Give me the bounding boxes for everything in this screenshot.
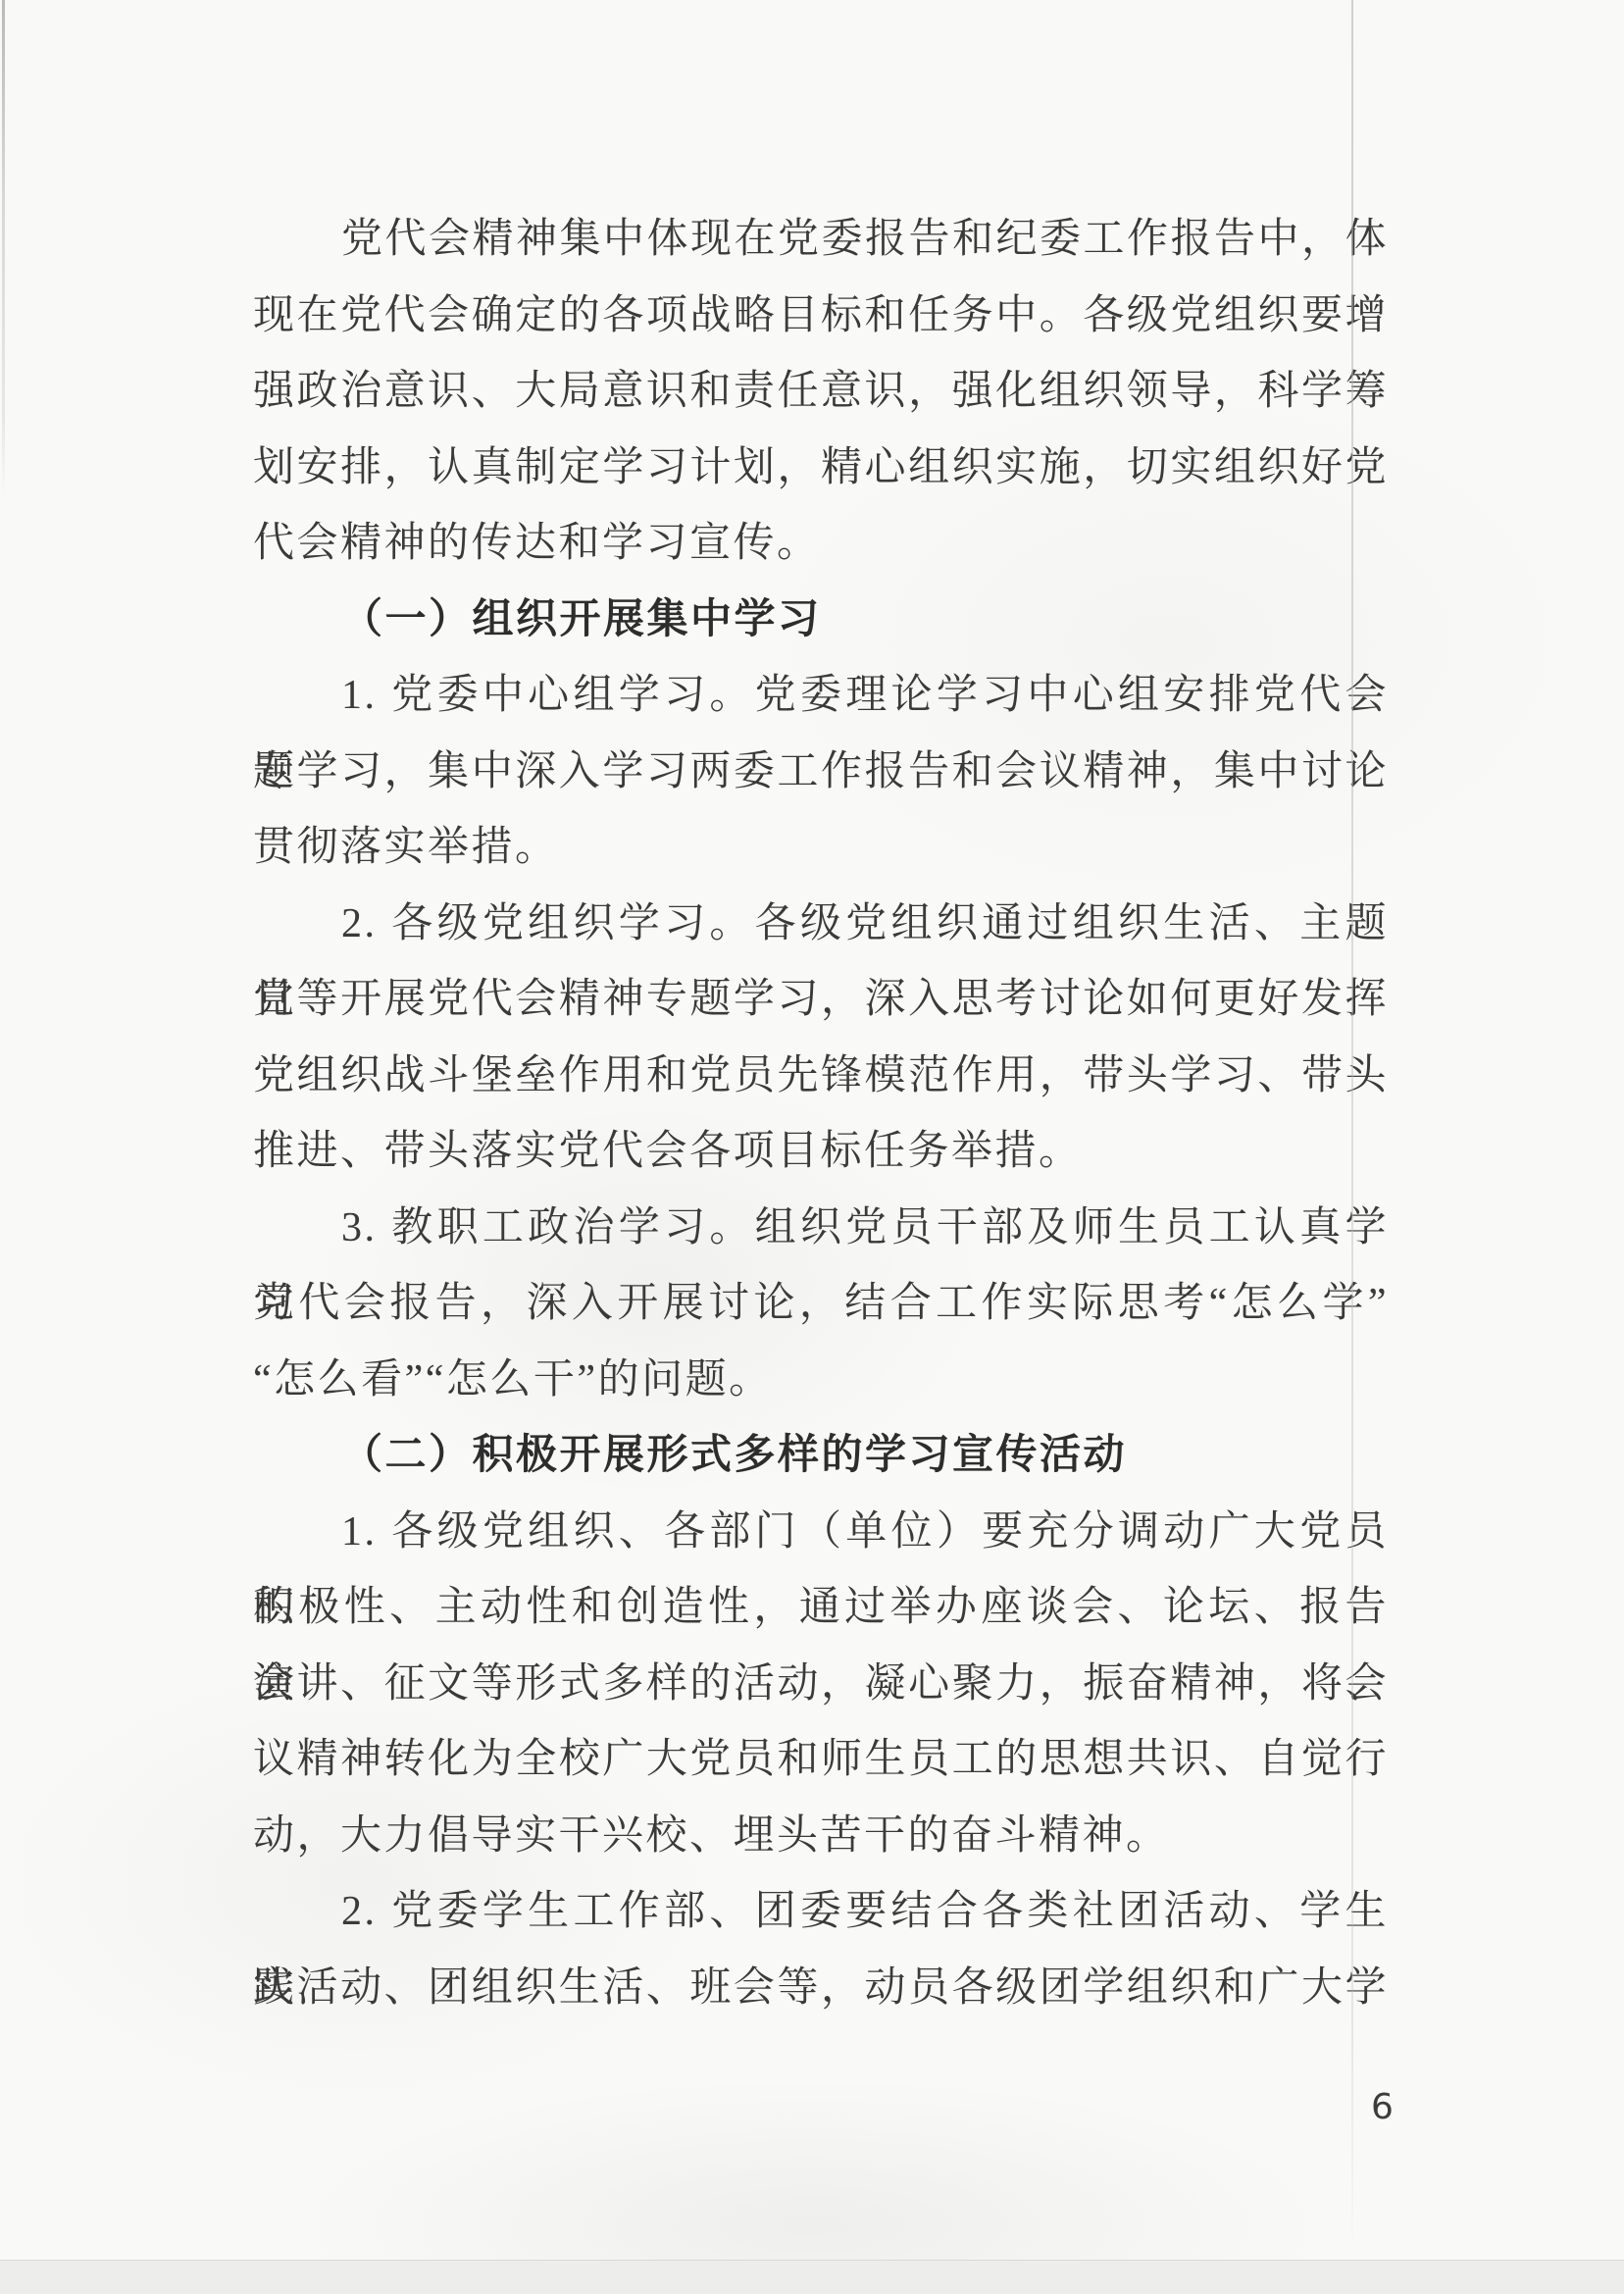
text-line: 现在党代会确定的各项战略目标和任务中。各级党组织要增 — [253, 279, 1389, 355]
text-line: 3. 教职工政治学习。组织党员干部及师生员工认真学习 — [253, 1191, 1389, 1267]
section-heading: （一）组织开展集中学习 — [253, 583, 1389, 659]
text-line: 题学习，集中深入学习两委工作报告和会议精神，集中讨论 — [253, 735, 1389, 811]
text-line: 2. 党委学生工作部、团委要结合各类社团活动、学生实 — [253, 1874, 1389, 1951]
text-line: 代会精神的传达和学习宣传。 — [253, 506, 1389, 583]
text-line: 日等开展党代会精神专题学习，深入思考讨论如何更好发挥 — [253, 962, 1389, 1039]
text-line: 推进、带头落实党代会各项目标任务举措。 — [253, 1114, 1389, 1191]
text-line: 演讲、征文等形式多样的活动，凝心聚力，振奋精神，将会 — [253, 1647, 1389, 1723]
text-line: 积极性、主动性和创造性，通过举办座谈会、论坛、报告会、 — [253, 1570, 1389, 1647]
text-line: 党代会报告，深入开展讨论，结合工作实际思考“怎么学” — [253, 1266, 1389, 1343]
scan-bottom-edge-band — [0, 2260, 1624, 2294]
text-line: 议精神转化为全校广大党员和师生员工的思想共识、自觉行 — [253, 1722, 1389, 1799]
text-line: “怎么看”“怎么干”的问题。 — [253, 1343, 1389, 1419]
scanned-document-page: 党代会精神集中体现在党委报告和纪委工作报告中，体现在党代会确定的各项战略目标和任… — [0, 0, 1624, 2294]
text-line: 1. 各级党组织、各部门（单位）要充分调动广大党员的 — [253, 1495, 1389, 1571]
text-line: 贯彻落实举措。 — [253, 810, 1389, 887]
scan-left-edge-artifact — [2, 0, 5, 495]
section-heading: （二）积极开展形式多样的学习宣传活动 — [253, 1418, 1389, 1495]
text-line: 划安排，认真制定学习计划，精心组织实施，切实组织好党 — [253, 431, 1389, 507]
text-line: 践活动、团组织生活、班会等，动员各级团学组织和广大学 — [253, 1951, 1389, 2027]
text-line: 1. 党委中心组学习。党委理论学习中心组安排党代会专 — [253, 658, 1389, 735]
page-number: 6 — [1371, 2087, 1394, 2127]
text-line: 党代会精神集中体现在党委报告和纪委工作报告中，体 — [253, 202, 1389, 279]
text-line: 强政治意识、大局意识和责任意识，强化组织领导，科学筹 — [253, 354, 1389, 431]
text-line: 党组织战斗堡垒作用和党员先锋模范作用，带头学习、带头 — [253, 1039, 1389, 1115]
text-line: 动，大力倡导实干兴校、埋头苦干的奋斗精神。 — [253, 1799, 1389, 1875]
document-text-block: 党代会精神集中体现在党委报告和纪委工作报告中，体现在党代会确定的各项战略目标和任… — [253, 202, 1389, 2026]
scan-fold-line-artifact — [1351, 0, 1353, 2258]
text-line: 2. 各级党组织学习。各级党组织通过组织生活、主题党 — [253, 887, 1389, 963]
